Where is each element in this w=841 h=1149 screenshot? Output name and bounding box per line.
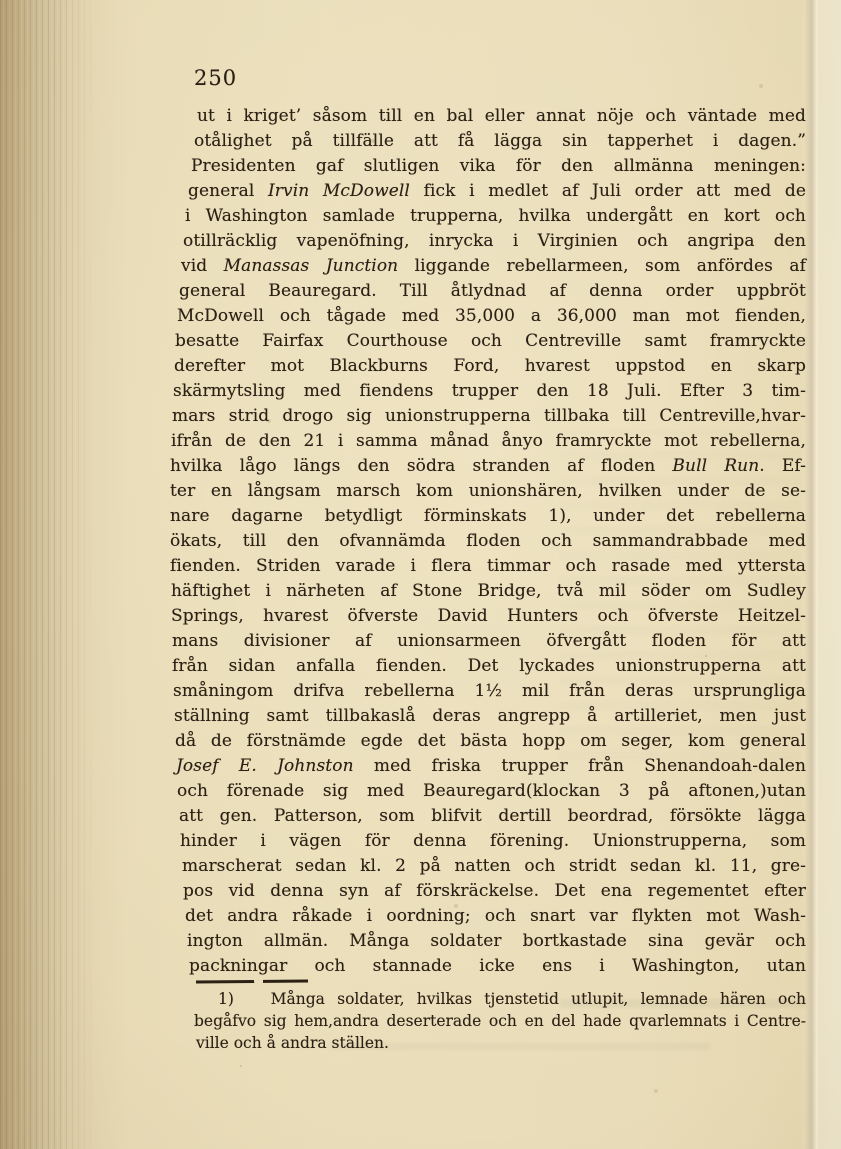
text-segment: hinder i vägen för denna förening. Union… [180,831,806,851]
text-segment: mans divisioner af unionsarmeen öfvergåt… [172,631,806,651]
text-segment: . Ef- [759,456,806,476]
text-line: ville och å andra ställen. [170,1032,806,1054]
text-segment: det andra råkade i oordning; och snart v… [185,906,806,926]
text-segment: otålighet på tillfälle att få lägga sin … [194,131,806,151]
text-line: Presidenten gaf slutligen vika för den a… [170,154,806,179]
text-line: 1) Många soldater, hvilkas tjenstetid ut… [170,988,806,1010]
text-line: begåfvo sig hem,andra deserterade och en… [170,1010,806,1032]
text-line: ställning samt tillbakaslå deras angrepp… [170,704,806,729]
text-segment: ökats, till den ofvannämda floden och sa… [170,531,806,551]
text-line: pos vid denna syn af förskräckelse. Det … [170,879,806,904]
text-segment: ington allmän. Många soldater bortkastad… [187,931,806,951]
body-text: ut i kriget’ såsom till en bal eller ann… [170,104,806,979]
text-line: ut i kriget’ såsom till en bal eller ann… [170,104,806,129]
text-segment: packningar och stannade icke ens i Washi… [189,956,806,976]
text-segment: Presidenten gaf slutligen vika för den a… [191,156,806,176]
italic-text: Bull Run [672,456,759,476]
text-line: småningom drifva rebellerna 1½ mil från … [170,679,806,704]
text-segment: nare dagarne betydligt förminskats 1), u… [170,506,806,526]
text-segment: fienden. Striden varade i flera timmar o… [170,556,806,576]
text-segment: ställning samt tillbakaslå deras angrepp… [174,706,806,726]
text-line: otålighet på tillfälle att få lägga sin … [170,129,806,154]
text-segment: i Washington samlade trupperna, hvilka u… [185,206,806,226]
text-line: general Beauregard. Till åtlydnad af den… [170,279,806,304]
text-line: mans divisioner af unionsarmeen öfvergåt… [170,629,806,654]
text-line: McDowell och tågade med 35,000 a 36,000 … [170,304,806,329]
text-line: besatte Fairfax Courthouse och Centrevil… [170,329,806,354]
footnote-rule [196,980,308,984]
text-line: hvilka lågo längs den södra stranden af … [170,454,806,479]
page-right-edge [804,0,818,1149]
text-line: från sidan anfalla fienden. Det lyckades… [170,654,806,679]
text-segment: ville och å andra ställen. [196,1034,389,1052]
text-line: skärmytsling med fiendens trupper den 18… [170,379,806,404]
italic-text: Josef E. Johnston [176,756,354,776]
text-segment: general [188,181,268,201]
text-line: general Irvin McDowell fick i medlet af … [170,179,806,204]
text-segment: häftighet i närheten af Stone Bridge, tv… [171,581,806,601]
text-line: att gen. Patterson, som blifvit dertill … [170,804,806,829]
text-line: då de förstnämde egde det bästa hopp om … [170,729,806,754]
text-line: ifrån de den 21 i samma månad ånyo framr… [170,429,806,454]
text-segment: 1) Många soldater, hvilkas tjenstetid ut… [218,990,806,1008]
paper-specks [0,0,2,2]
text-segment: Springs, hvarest öfverste David Hunters … [171,606,806,626]
text-segment: ter en långsam marsch kom unionshären, h… [170,481,806,501]
text-line: ter en långsam marsch kom unionshären, h… [170,479,806,504]
text-segment: marscherat sedan kl. 2 på natten och str… [182,856,806,876]
text-segment: otillräcklig vapenöfning, inrycka i Virg… [183,231,806,251]
text-line: vid Manassas Junction liggande rebellarm… [170,254,806,279]
text-segment: vid [181,256,224,276]
text-line: otillräcklig vapenöfning, inrycka i Virg… [170,229,806,254]
text-line: Josef E. Johnston med friska trupper frå… [170,754,806,779]
page-number: 250 [194,66,237,90]
text-segment: då de förstnämde egde det bästa hopp om … [175,731,806,751]
text-segment: och förenade sig med Beauregard(klockan … [177,781,806,801]
text-segment: skärmytsling med fiendens trupper den 18… [173,381,806,401]
text-line: derefter mot Blackburns Ford, hvarest up… [170,354,806,379]
text-line: och förenade sig med Beauregard(klockan … [170,779,806,804]
text-line: marscherat sedan kl. 2 på natten och str… [170,854,806,879]
text-segment: general Beauregard. Till åtlydnad af den… [179,281,806,301]
text-segment: ut i kriget’ såsom till en bal eller ann… [197,106,806,126]
book-binding-edge [0,0,96,1149]
text-segment: från sidan anfalla fienden. Det lyckades… [172,656,806,676]
text-line: ington allmän. Många soldater bortkastad… [170,929,806,954]
text-segment: begåfvo sig hem,andra deserterade och en… [194,1012,806,1030]
text-line: det andra råkade i oordning; och snart v… [170,904,806,929]
text-line: fienden. Striden varade i flera timmar o… [170,554,806,579]
text-line: i Washington samlade trupperna, hvilka u… [170,204,806,229]
text-segment: mars strid drogo sig unionstrupperna til… [172,406,806,426]
text-line: packningar och stannade icke ens i Washi… [170,954,806,979]
text-segment: liggande rebellarmeen, som anfördes af [398,256,806,276]
text-segment: pos vid denna syn af förskräckelse. Det … [183,881,806,901]
text-line: nare dagarne betydligt förminskats 1), u… [170,504,806,529]
text-line: hinder i vägen för denna förening. Union… [170,829,806,854]
text-segment: fick i medlet af Juli order att med de [410,181,806,201]
text-line: häftighet i närheten af Stone Bridge, tv… [170,579,806,604]
text-line: ökats, till den ofvannämda floden och sa… [170,529,806,554]
text-line: mars strid drogo sig unionstrupperna til… [170,404,806,429]
text-segment: besatte Fairfax Courthouse och Centrevil… [175,331,806,351]
text-segment: småningom drifva rebellerna 1½ mil från … [173,681,806,701]
text-segment: derefter mot Blackburns Ford, hvarest up… [174,356,806,376]
text-segment: hvilka lågo längs den södra stranden af … [170,456,672,476]
text-segment: med friska trupper från Shenandoah-dalen [354,756,806,776]
italic-text: Manassas Junction [224,256,399,276]
text-segment: McDowell och tågade med 35,000 a 36,000 … [177,306,806,326]
italic-text: Irvin McDowell [268,181,410,201]
text-line: Springs, hvarest öfverste David Hunters … [170,604,806,629]
text-segment: ifrån de den 21 i samma månad ånyo framr… [171,431,806,451]
book-page: 250 ut i kriget’ såsom till en bal eller… [0,0,841,1149]
text-segment: att gen. Patterson, som blifvit dertill … [179,806,806,826]
footnote-text: 1) Många soldater, hvilkas tjenstetid ut… [170,988,806,1054]
